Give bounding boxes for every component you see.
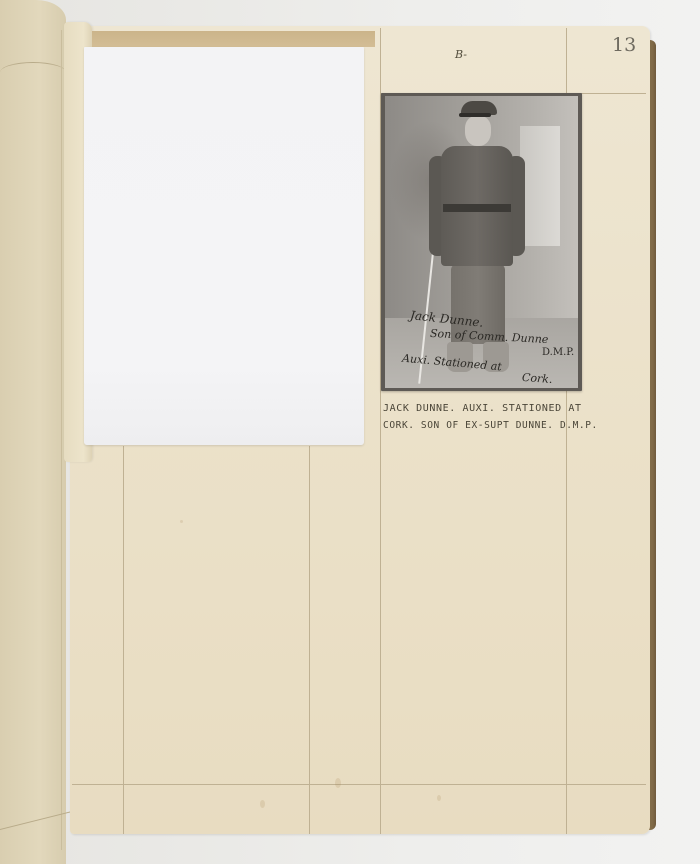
foxing-spot: [180, 520, 183, 523]
soldier-photograph: [385, 96, 578, 388]
foxing-spot: [335, 778, 341, 788]
photo-inscription-line: D.M.P.: [542, 347, 574, 358]
ruling-vertical: [309, 446, 310, 834]
foxing-spot: [437, 795, 441, 801]
top-adhesive-strip: [92, 31, 375, 47]
soldier-belt: [443, 204, 511, 212]
ruling-vertical: [123, 446, 124, 834]
left-page-stack: [0, 0, 66, 864]
page-number: 13: [612, 34, 636, 56]
header-mark: B-: [455, 48, 467, 61]
page-curve-top: [0, 62, 66, 93]
ruling-horizontal: [72, 784, 646, 785]
caption-line: JACK DUNNE. AUXI. STATIONED AT: [383, 403, 582, 414]
caption-line: CORK. SON OF EX-SUPT DUNNE. D.M.P.: [383, 420, 598, 431]
page-stack-line: [61, 30, 62, 850]
photo-inscription-line: Cork.: [522, 371, 553, 386]
soldier-face: [465, 116, 491, 146]
foxing-spot: [260, 800, 265, 808]
blank-paper-insert: [84, 47, 364, 445]
soldier-cap-brim: [459, 113, 491, 117]
